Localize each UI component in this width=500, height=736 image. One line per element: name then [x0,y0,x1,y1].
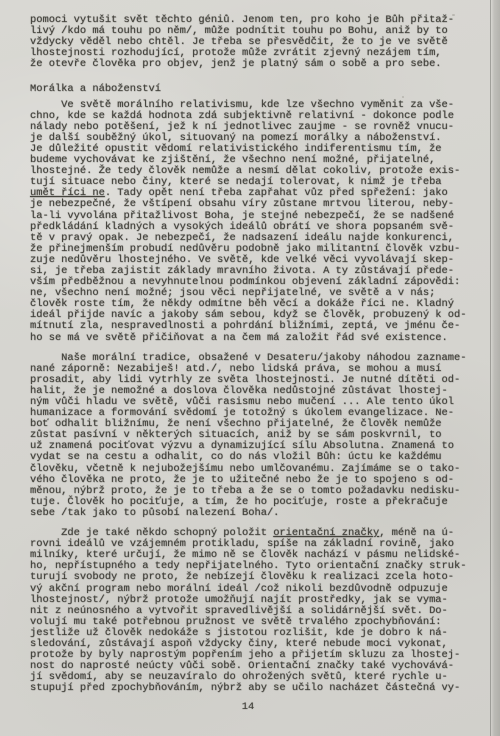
text-blocks: pomoci vytušit svět těchto géniů. Jenom … [30,15,471,694]
document-page: pomoci vytušit svět těchto géniů. Jenom … [30,15,471,703]
paragraph: Zde je také někdo schopný položit orient… [30,528,471,694]
paper-speck [402,96,404,98]
paper-speck [62,128,64,130]
paragraph: pomoci vytušit svět těchto géniů. Jenom … [30,15,471,70]
underlined-phrase: orientační značky [273,527,379,539]
underlined-phrase: umět říci ne [30,187,105,199]
page-number: 14 [30,702,466,713]
paragraph: Naše morální tradice, obsažené v Desater… [30,353,471,519]
paper-speck [118,690,120,693]
section-heading: Morálka a náboženství [30,84,471,95]
page-edge-shadow [490,0,500,736]
paper-speck [452,14,455,16]
paragraph: Ve světě morálního relativismu, kde lze … [30,100,471,344]
